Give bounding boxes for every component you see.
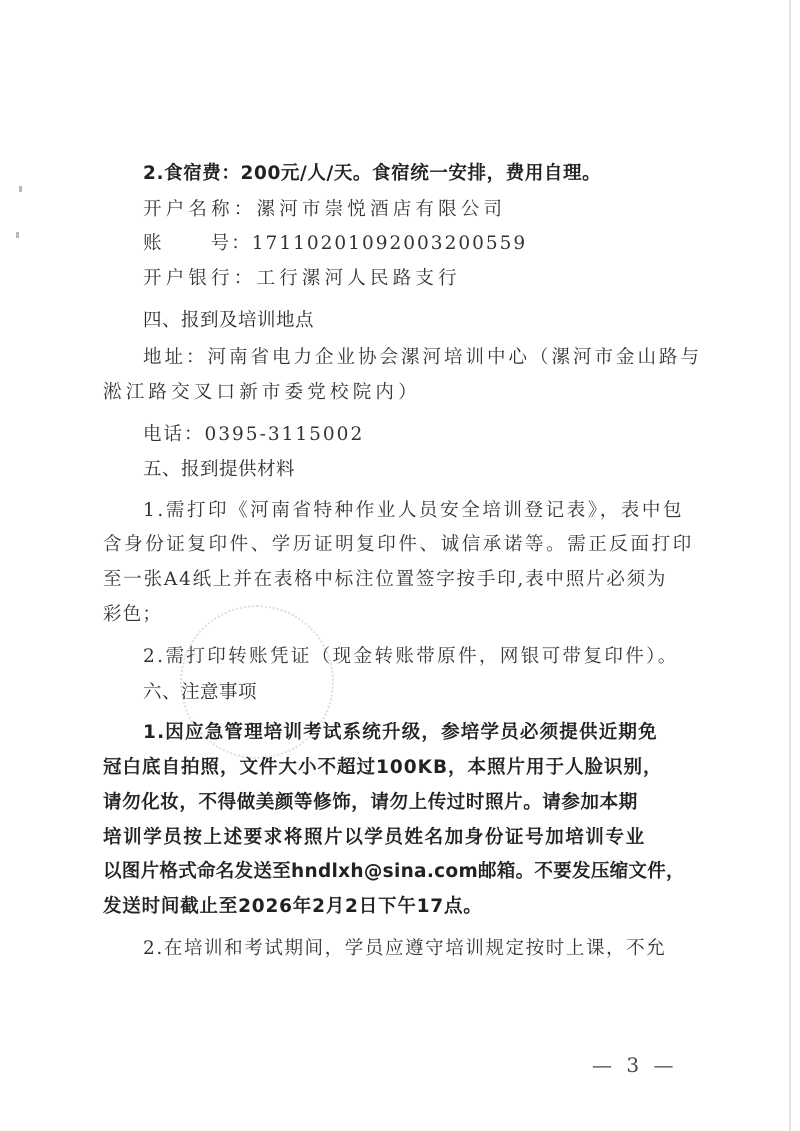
note-1-line-2: 冠白底自拍照，文件大小不超过100KB，本照片用于人脸识别， bbox=[103, 756, 693, 780]
note-1-line-6: 发送时间截止至2026年2月2日下午17点。 bbox=[103, 895, 693, 919]
material-1-line-3: 至一张A4纸上并在表格中标注位置签字按手印,表中照片必须为 bbox=[103, 568, 693, 592]
section-5-heading: 五、报到提供材料 bbox=[143, 458, 733, 482]
material-1-line-1: 1.需打印《河南省特种作业人员安全培训登记表》，表中包 bbox=[143, 499, 733, 523]
account-number: 账 号：17110201092003200559 bbox=[143, 232, 733, 256]
fee-item: 2.食宿费：200元/人/天。食宿统一安排，费用自理。 bbox=[143, 162, 733, 186]
account-name: 开户名称：漯河市崇悦酒店有限公司 bbox=[143, 198, 733, 222]
note-1-line-3: 请勿化妆，不得做美颜等修饰，请勿上传过时照片。请参加本期 bbox=[103, 791, 693, 815]
scan-edge bbox=[789, 0, 791, 1131]
address-line-2: 淞江路交叉口新市委党校院内） bbox=[103, 381, 693, 405]
scan-speck bbox=[16, 232, 19, 238]
document-page: 2.食宿费：200元/人/天。食宿统一安排，费用自理。 开户名称：漯河市崇悦酒店… bbox=[0, 0, 800, 1131]
address-line-1: 地址：河南省电力企业协会漯河培训中心（漯河市金山路与 bbox=[143, 346, 733, 370]
scan-speck bbox=[19, 186, 22, 192]
account-bank: 开户银行：工行漯河人民路支行 bbox=[143, 267, 733, 291]
section-4-heading: 四、报到及培训地点 bbox=[143, 309, 733, 333]
note-1-line-4: 培训学员按上述要求将照片以学员姓名加身份证号加培训专业 bbox=[103, 826, 693, 850]
note-1-line-5: 以图片格式命名发送至hndlxh@sina.com邮箱。不要发压缩文件， bbox=[103, 860, 693, 884]
page-number: — 3 — bbox=[592, 1053, 677, 1077]
phone: 电话：0395-3115002 bbox=[143, 423, 733, 447]
section-6-heading: 六、注意事项 bbox=[143, 681, 733, 705]
note-1-line-1: 1.因应急管理培训考试系统升级，参培学员必须提供近期免 bbox=[143, 721, 733, 745]
note-2-line-1: 2.在培训和考试期间，学员应遵守培训规定按时上课，不允 bbox=[143, 937, 733, 961]
material-1-line-4: 彩色； bbox=[103, 603, 693, 627]
material-2: 2.需打印转账凭证（现金转账带原件，网银可带复印件）。 bbox=[143, 645, 733, 669]
material-1-line-2: 含身份证复印件、学历证明复印件、诚信承诺等。需正反面打印 bbox=[103, 533, 693, 557]
